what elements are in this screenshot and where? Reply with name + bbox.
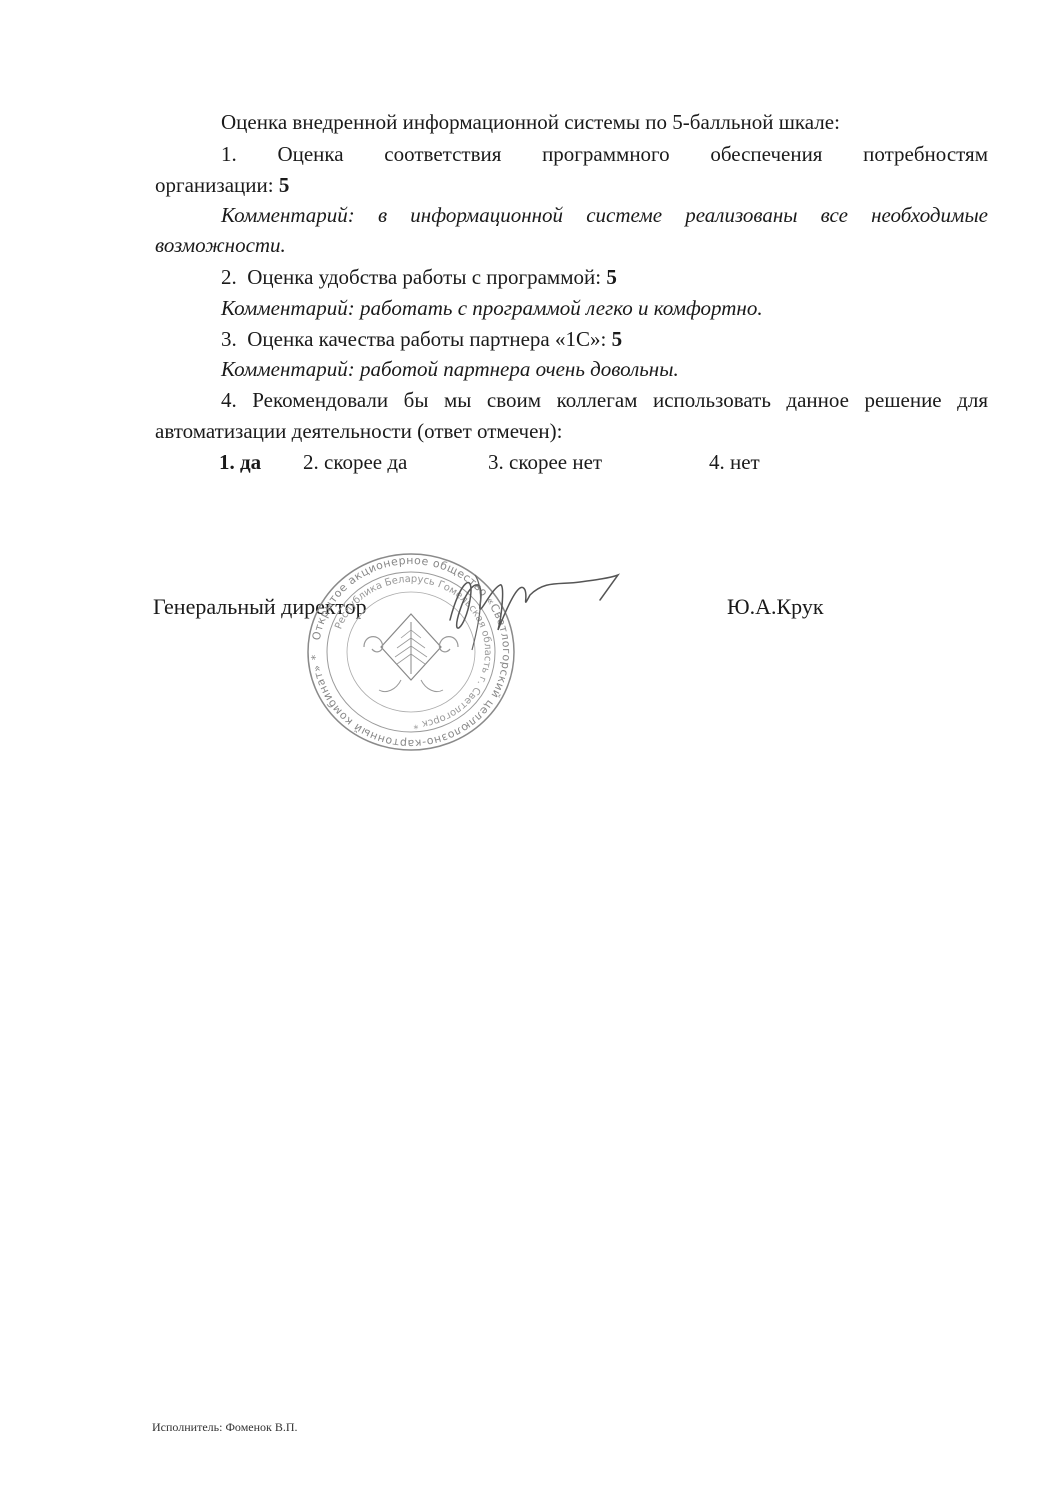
item-4-continuation: автоматизации деятельности (ответ отмече… [155,419,562,443]
item-2-label: Оценка удобства работы с программой: [247,265,601,289]
item-3-comment: Комментарий: работой партнера очень дово… [221,357,679,381]
item-3: 3. Оценка качества работы партнера «1С»:… [221,327,622,351]
item-2: 2. Оценка удобства работы с программой: … [221,265,617,289]
item-1-continuation: организации: 5 [155,173,289,197]
footer-executor: Исполнитель: Фоменок В.П. [152,1420,298,1435]
item-2-score: 5 [606,265,617,289]
item-3-label: Оценка качества работы партнера «1С»: [247,327,606,351]
item-4-option-2: 2. скорее да [303,450,407,474]
option-1-label: 1. да [219,450,261,474]
item-1-comment: Комментарий: в информационной системе ре… [221,203,988,227]
item-4-option-4: 4. нет [709,450,760,474]
item-4-line: 4. Рекомендовали бы мы своим коллегам ис… [221,388,988,412]
item-1-score: 5 [279,173,290,197]
intro-heading: Оценка внедренной информационной системы… [221,110,840,134]
item-3-number: 3. [221,327,237,351]
item-4-option-1: 1. да [219,450,261,474]
item-4-option-3: 3. скорее нет [488,450,602,474]
signature-name: Ю.А.Крук [727,595,824,619]
item-1-label-end: организации: [155,173,274,197]
item-1-comment-end: возможности. [155,233,286,257]
item-2-comment: Комментарий: работать с программой легко… [221,296,763,320]
item-3-score: 5 [612,327,623,351]
item-1-line: 1. Оценка соответствия программного обес… [221,142,988,166]
item-2-number: 2. [221,265,237,289]
signature-icon [430,560,630,660]
